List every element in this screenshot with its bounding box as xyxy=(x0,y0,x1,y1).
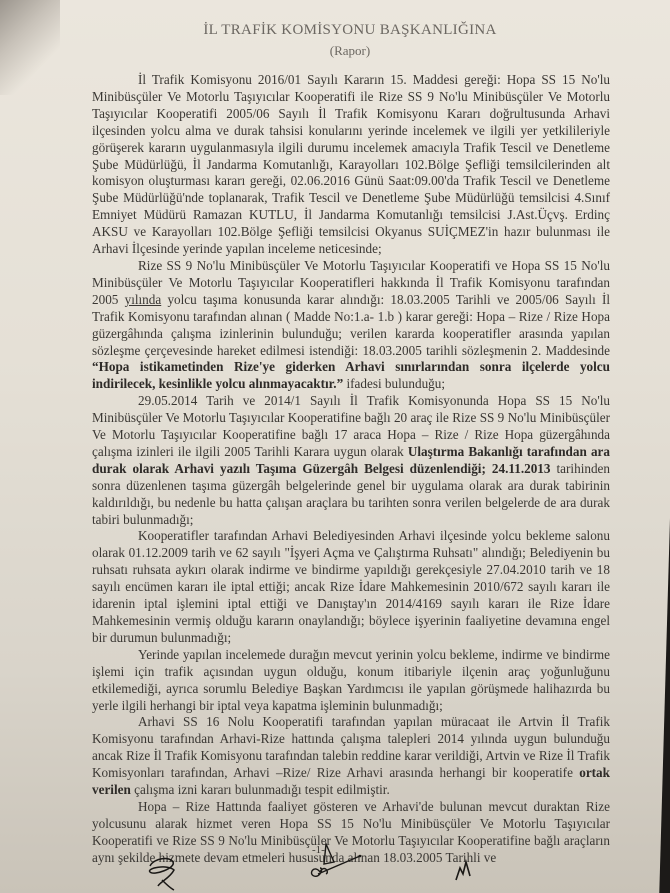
paragraph: Yerinde yapılan incelemede durağın mevcu… xyxy=(92,647,610,715)
text-segment: Arhavi SS 16 Nolu Kooperatifi tarafından… xyxy=(92,714,610,780)
signature-left-icon xyxy=(140,850,190,892)
text-segment: Yerinde yapılan incelemede durağın mevcu… xyxy=(92,647,610,713)
text-segment: yılında xyxy=(125,292,162,307)
document-page: İL TRAFİK KOMİSYONU BAŞKANLIĞINA (Rapor)… xyxy=(0,0,670,893)
text-segment: Kooperatifler tarafından Arhavi Belediye… xyxy=(92,528,610,644)
paragraph: Arhavi SS 16 Nolu Kooperatifi tarafından… xyxy=(92,714,610,799)
text-segment: ifadesi bulunduğu; xyxy=(343,376,445,391)
paragraph: 29.05.2014 Tarih ve 2014/1 Sayılı İl Tra… xyxy=(92,393,610,528)
paragraph: Rize SS 9 No'lu Minibüsçüler Ve Motorlu … xyxy=(92,258,610,393)
text-segment: çalışma izni kararı bulunmadığı tespit e… xyxy=(131,782,390,797)
text-segment: İl Trafik Komisyonu 2016/01 Sayılı Karar… xyxy=(92,72,610,256)
page-shadow xyxy=(0,0,60,95)
paragraph: İl Trafik Komisyonu 2016/01 Sayılı Karar… xyxy=(92,72,610,258)
signature-right-icon xyxy=(452,856,482,886)
paragraph: Kooperatifler tarafından Arhavi Belediye… xyxy=(92,528,610,646)
signature-center-icon xyxy=(290,842,370,882)
page-footer: -1- xyxy=(0,840,670,893)
document-subtitle: (Rapor) xyxy=(180,43,520,59)
document-title: İL TRAFİK KOMİSYONU BAŞKANLIĞINA xyxy=(180,22,520,39)
document-body: İl Trafik Komisyonu 2016/01 Sayılı Karar… xyxy=(92,72,610,867)
text-segment: yolcu taşıma konusunda karar alındığı: 1… xyxy=(92,292,610,358)
